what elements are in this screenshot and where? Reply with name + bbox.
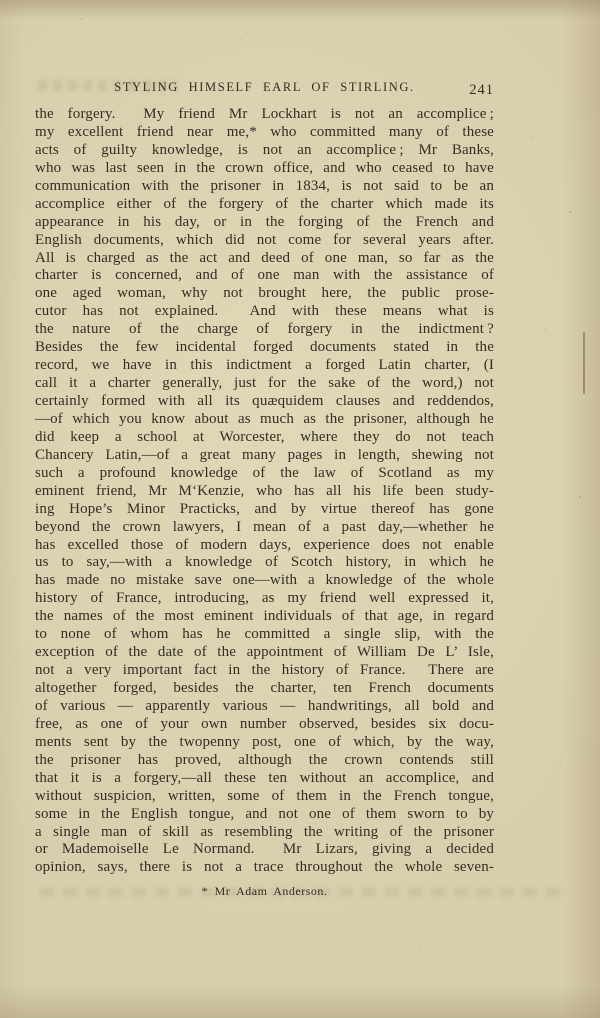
text-line: such a profound knowledge of the law of … (35, 465, 494, 483)
text-line: has made no mistake save one—with a know… (35, 572, 494, 590)
text-line: English documents, which did not come fo… (35, 232, 494, 250)
text-line: not a very important fact in the history… (35, 662, 494, 680)
text-line: ing Hope’s Minor Practicks, and by virtu… (35, 501, 494, 519)
text-line: Besides the few incidental forged docume… (35, 339, 494, 357)
footnote: * Mr Adam Anderson. (35, 884, 494, 899)
running-title: STYLING HIMSELF EARL OF STIRLING. (114, 80, 414, 95)
page-edge-crease (583, 332, 585, 394)
text-line: who was last seen in the crown office, a… (35, 160, 494, 178)
text-line: us to say,—with a knowledge of Scotch hi… (35, 554, 494, 572)
text-line: appearance in his day, or in the forging… (35, 214, 494, 232)
text-line: communication with the prisoner in 1834,… (35, 178, 494, 196)
text-line: Chancery Latin,—of a great many pages in… (35, 447, 494, 465)
text-line: has excelled those of modern days, exper… (35, 537, 494, 555)
body-text: the forgery. My friend Mr Lockhart is no… (35, 106, 494, 877)
text-line: the nature of the charge of forgery in t… (35, 321, 494, 339)
book-page-scan: STYLING HIMSELF EARL OF STIRLING. 241 th… (0, 0, 600, 1018)
text-line: the prisoner has proved, although the cr… (35, 752, 494, 770)
text-line: free, as one of your own number observed… (35, 716, 494, 734)
text-line: or Mademoiselle Le Normand. Mr Lizars, g… (35, 841, 494, 859)
text-line: record, we have in this indictment a for… (35, 357, 494, 375)
text-line: to none of whom has he committed a singl… (35, 626, 494, 644)
text-line: acts of guilty knowledge, is not an acco… (35, 142, 494, 160)
text-line: All is charged as the act and deed of on… (35, 250, 494, 268)
text-line: some in the English tongue, and not one … (35, 806, 494, 824)
text-line: my excellent friend near me,* who commit… (35, 124, 494, 142)
text-line: beyond the crown lawyers, I mean of a pa… (35, 519, 494, 537)
text-line: history of France, introducing, as my fr… (35, 590, 494, 608)
text-line: —of which you know about as much as the … (35, 411, 494, 429)
text-line: did keep a school at Worcester, where th… (35, 429, 494, 447)
text-line: one aged woman, why not brought here, th… (35, 285, 494, 303)
page-header: STYLING HIMSELF EARL OF STIRLING. 241 (35, 80, 494, 96)
text-line: cutor has not explained. And with these … (35, 303, 494, 321)
text-line: accomplice either of the forgery of the … (35, 196, 494, 214)
text-line: of various — apparently various — handwr… (35, 698, 494, 716)
text-line: the names of the most eminent individual… (35, 608, 494, 626)
page-number: 241 (469, 82, 494, 99)
text-line: altogether forged, besides the charter, … (35, 680, 494, 698)
text-line: certainly formed with all its quæquidem … (35, 393, 494, 411)
text-line: a single man of skill as resembling the … (35, 824, 494, 842)
text-line: that it is a forgery,—all these ten with… (35, 770, 494, 788)
text-line: call it a charter generally, just for th… (35, 375, 494, 393)
text-line: exception of the date of the appointment… (35, 644, 494, 662)
text-line: charter is concerned, and of one man wit… (35, 267, 494, 285)
text-line: opinion, says, there is not a trace thro… (35, 859, 494, 877)
text-line: eminent friend, Mr M‘Kenzie, who has all… (35, 483, 494, 501)
text-line: ments sent by the twopenny post, one of … (35, 734, 494, 752)
text-line: without suspicion, written, some of them… (35, 788, 494, 806)
text-line: the forgery. My friend Mr Lockhart is no… (35, 106, 494, 124)
